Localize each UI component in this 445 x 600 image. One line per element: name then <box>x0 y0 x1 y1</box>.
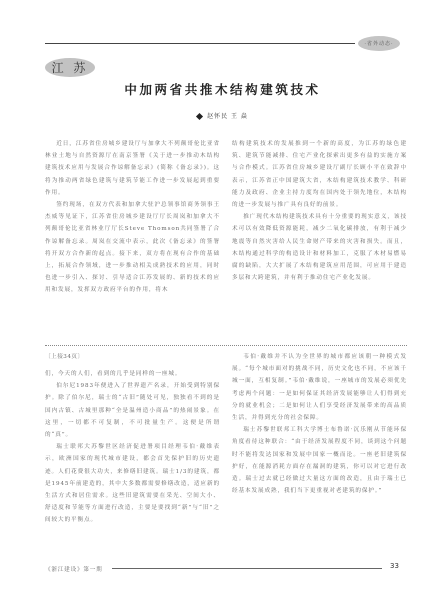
paragraph: 推广现代木结构建筑技术具有十分重要的现实意义，该技术可以有效降低资源能耗，减少二… <box>232 211 407 284</box>
region-badge: 江 苏 <box>45 58 95 77</box>
paragraph: 们，今天的人们，看到的几乎是同样的一座城。 <box>45 368 220 380</box>
author-names: 赵怀民 王 焱 <box>207 113 248 120</box>
footer-source: 《浙江建设》第一期 <box>45 565 103 573</box>
article-separator <box>45 345 407 346</box>
article-authors: 赵怀民 王 焱 <box>0 111 445 120</box>
page-number: 33 <box>390 562 399 570</box>
footer-rule <box>112 568 382 569</box>
article-title: 中加两省共推木结构建筑技术 <box>0 80 445 98</box>
paragraph: 结构建筑技术的发展推到一个新的高度，为江苏的绿色建筑、建筑节能减排、住宅产业化探… <box>232 138 407 211</box>
right-column-top: 结构建筑技术的发展推到一个新的高度，为江苏的绿色建筑、建筑节能减排、住宅产业化探… <box>232 138 407 284</box>
paragraph: 瑞士苏黎世联邦工科大学博士布鲁诺·沉乐刚从节能环保角度看待这种联合：“由于经济发… <box>232 424 407 497</box>
paragraph: 伯尔尼1983年便进入了世界遗产名录，开始受到特别保护。除了伯尔尼，瑞士的“古旧… <box>45 380 220 441</box>
header-rule <box>45 43 355 44</box>
left-column-top: 近日，江苏省住房城乡建设厅与加拿大不列颠哥伦比亚省林业土地与自然资源厅在南京签署… <box>45 138 220 297</box>
paragraph: 近日，江苏省住房城乡建设厅与加拿大不列颠哥伦比亚省林业土地与自然资源厅在南京签署… <box>45 138 220 199</box>
paragraph: 签约现场，在双方代表和加拿大驻沪总领事馆商务领事王杰威等见证下，江苏省住房城乡建… <box>45 199 220 297</box>
right-column-bottom: 韦伯·戴维并不认为全世界的城市都应该朝一种模式发展。“每个城市面对的挑战不同，历… <box>232 351 407 497</box>
continued-from-label: 〔上接34页〕 <box>45 352 84 360</box>
paragraph: 韦伯·戴维并不认为全世界的城市都应该朝一种模式发展。“每个城市面对的挑战不同，历… <box>232 351 407 424</box>
left-column-bottom: 们，今天的人们，看到的几乎是同样的一座城。 伯尔尼1983年便进入了世界遗产名录… <box>45 368 220 527</box>
diamond-icon <box>196 113 203 120</box>
paragraph: 瑞士联邦大苏黎世区经济促进署项目经理韦伯·戴维表示，欧洲国家的现代城市建设，都会… <box>45 441 220 526</box>
section-badge: ·省外动态· <box>358 36 400 51</box>
